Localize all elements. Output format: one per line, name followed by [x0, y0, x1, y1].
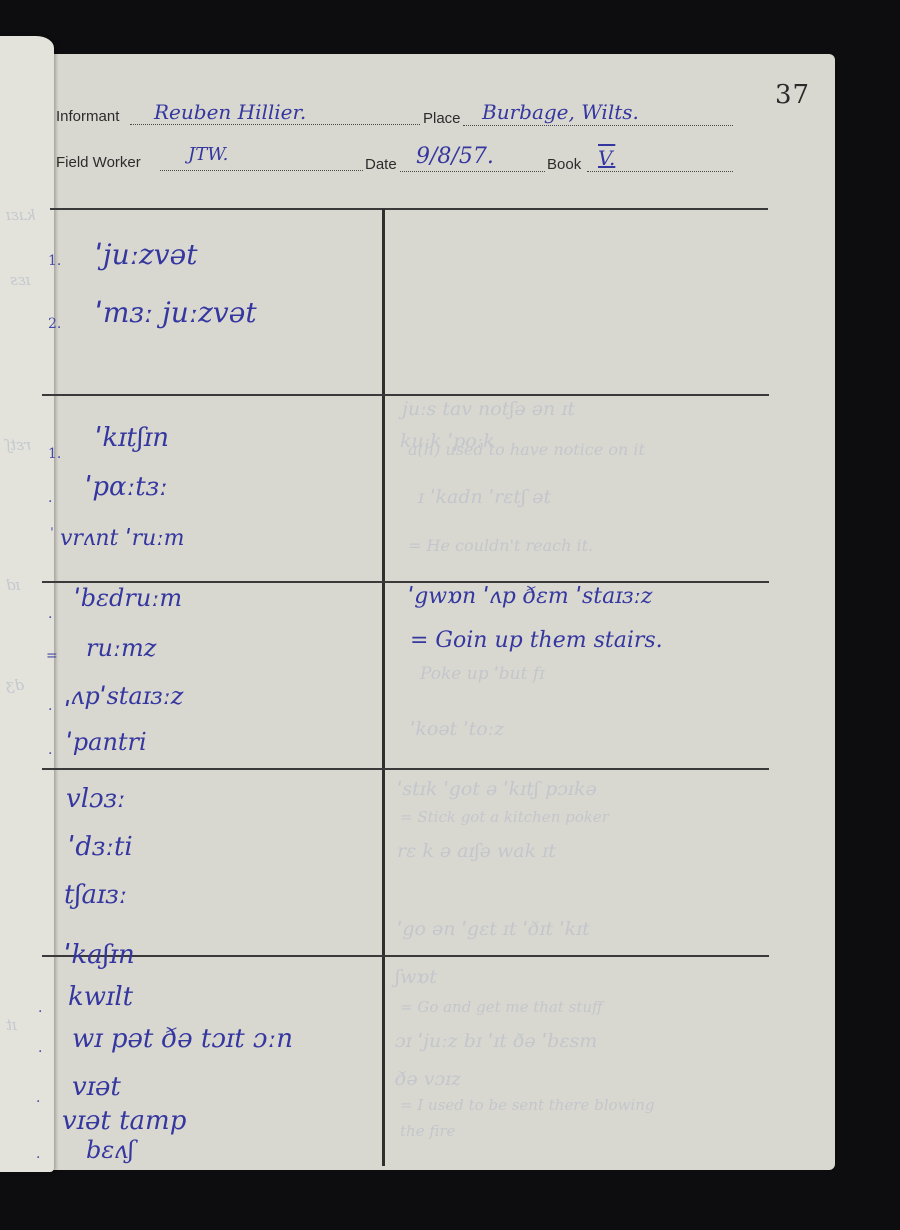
ghost-text: ɪd: [6, 576, 20, 594]
bleed-through-text: the fire: [400, 1122, 455, 1140]
transcription-entry: wɪ pət ðə tɔɪt ɔːn: [72, 1024, 293, 1054]
transcription-entry: kwɪlt: [68, 982, 133, 1012]
bleed-through-text: = Stick got a kitchen poker: [400, 808, 609, 826]
book-dotted-line: [587, 171, 733, 172]
place-value: Burbage, Wilts.: [482, 100, 639, 124]
margin-mark: 1.: [48, 446, 61, 462]
margin-mark: .: [48, 606, 52, 622]
row-rule: [42, 394, 769, 396]
margin-mark: ˈ: [50, 526, 54, 542]
ghost-text: kɹɛɪ: [6, 206, 35, 224]
transcription-entry: ˈmɜː juːzvət: [95, 296, 257, 329]
table-top-rule: [50, 208, 768, 210]
margin-mark: .: [36, 1090, 40, 1106]
informant-label: Informant: [56, 108, 119, 125]
transcription-entry: ruːmz: [86, 634, 156, 662]
row-rule: [42, 955, 769, 957]
bleed-through-text: rɛ k ə aɪʃə wak ɪt: [397, 840, 556, 862]
bleed-through-text: ɪ ˈkadn ˈrɛtʃ ət: [418, 486, 551, 508]
field-worker-label: Field Worker: [56, 154, 141, 171]
margin-mark: .: [48, 490, 52, 506]
field-worker-value: JTW.: [188, 144, 228, 165]
margin-mark: .: [38, 1000, 42, 1016]
date-dotted-line: [400, 171, 545, 172]
column-divider: [382, 209, 385, 1166]
bleed-through-text: ðə vɔɪz: [395, 1068, 461, 1090]
transcription-entry: vrʌnt ˈruːm: [60, 526, 185, 551]
margin-mark: .: [48, 742, 52, 758]
margin-mark: 2.: [48, 316, 61, 332]
page-number: 37: [775, 80, 810, 110]
bleed-through-text: = I used to be sent there blowing: [400, 1096, 654, 1114]
margin-mark: .: [38, 1040, 42, 1056]
transcription-entry: ˈkɪtʃɪn: [95, 423, 169, 453]
transcription-entry: vlɔɜː: [66, 784, 126, 814]
transcription-entry: ˈdɜːti: [68, 832, 133, 862]
date-label: Date: [365, 156, 397, 173]
field-worker-dotted-line: [160, 170, 363, 171]
transcription-entry: ˈjuːzvət: [95, 238, 197, 271]
previous-page-edge: kɹɛɪ ɪɛs rɛtʃ ɪd dʒ ɪt: [0, 36, 54, 1172]
row-rule: [42, 581, 769, 583]
bleed-through-text: ʃwɒt: [395, 966, 437, 988]
transcription-entry: ˈbɛdruːm: [74, 584, 182, 612]
ghost-text: dʒ: [6, 676, 24, 694]
transcription-entry: ˈpɑːtɜː: [85, 472, 168, 502]
phrase-gloss: = Goin up them stairs.: [410, 628, 663, 653]
book-label: Book: [547, 156, 581, 173]
bleed-through-text: = Go and get me that stuff: [400, 998, 603, 1016]
bleed-through-text: ɔɪ ˈjuːz bɪ ˈɪt ðə ˈbɛsm: [395, 1030, 597, 1052]
informant-dotted-line: [130, 124, 420, 125]
date-value: 9/8/57.: [416, 144, 494, 169]
transcription-entry: ˈkaʃɪn: [64, 940, 135, 970]
transcription-entry: ˈpantri: [66, 728, 147, 756]
informant-value: Reuben Hillier.: [154, 100, 306, 124]
bleed-through-text: juːs tav notʃə ən ɪt: [402, 398, 575, 420]
transcription-entry: vɪət: [72, 1072, 121, 1102]
ghost-text: ɪɛs: [10, 271, 31, 289]
transcription-entry: bɛʌʃ: [86, 1136, 134, 1164]
place-label: Place: [423, 110, 461, 127]
margin-mark: 1.: [48, 253, 61, 269]
bleed-through-text: ˈgo ən ˈgɛt ɪt ˈðɪt ˈkɪt: [397, 918, 590, 940]
row-rule: [42, 768, 769, 770]
margin-mark: .: [36, 1146, 40, 1162]
margin-mark: .: [48, 698, 52, 714]
bleed-through-text: ˈkoət ˈtoːz: [410, 718, 504, 740]
bleed-through-text: Poke up ˈbut fɪ: [420, 664, 545, 684]
ghost-text: rɛtʃ: [6, 436, 31, 454]
ghost-text: ɪt: [6, 1016, 17, 1034]
transcription-entry: vɪət tamp: [62, 1106, 186, 1136]
bleed-through-text: = He couldn't reach it.: [408, 536, 593, 555]
phrase-transcription: ˈgwɒn ˈʌp ðɛm ˈstaɪɜːz: [408, 584, 652, 609]
transcription-entry: tʃaɪɜː: [64, 880, 127, 910]
margin-mark: =: [46, 648, 58, 664]
transcription-entry: ˌʌpˈstaɪɜːz: [64, 682, 183, 710]
bleed-through-text: kuːk ˈpoːk: [400, 430, 495, 452]
bleed-through-text: ˈstɪk ˈgot ə ˈkɪtʃ pɔɪkə: [397, 778, 597, 800]
place-dotted-line: [463, 125, 733, 126]
book-value: V.: [598, 146, 615, 170]
